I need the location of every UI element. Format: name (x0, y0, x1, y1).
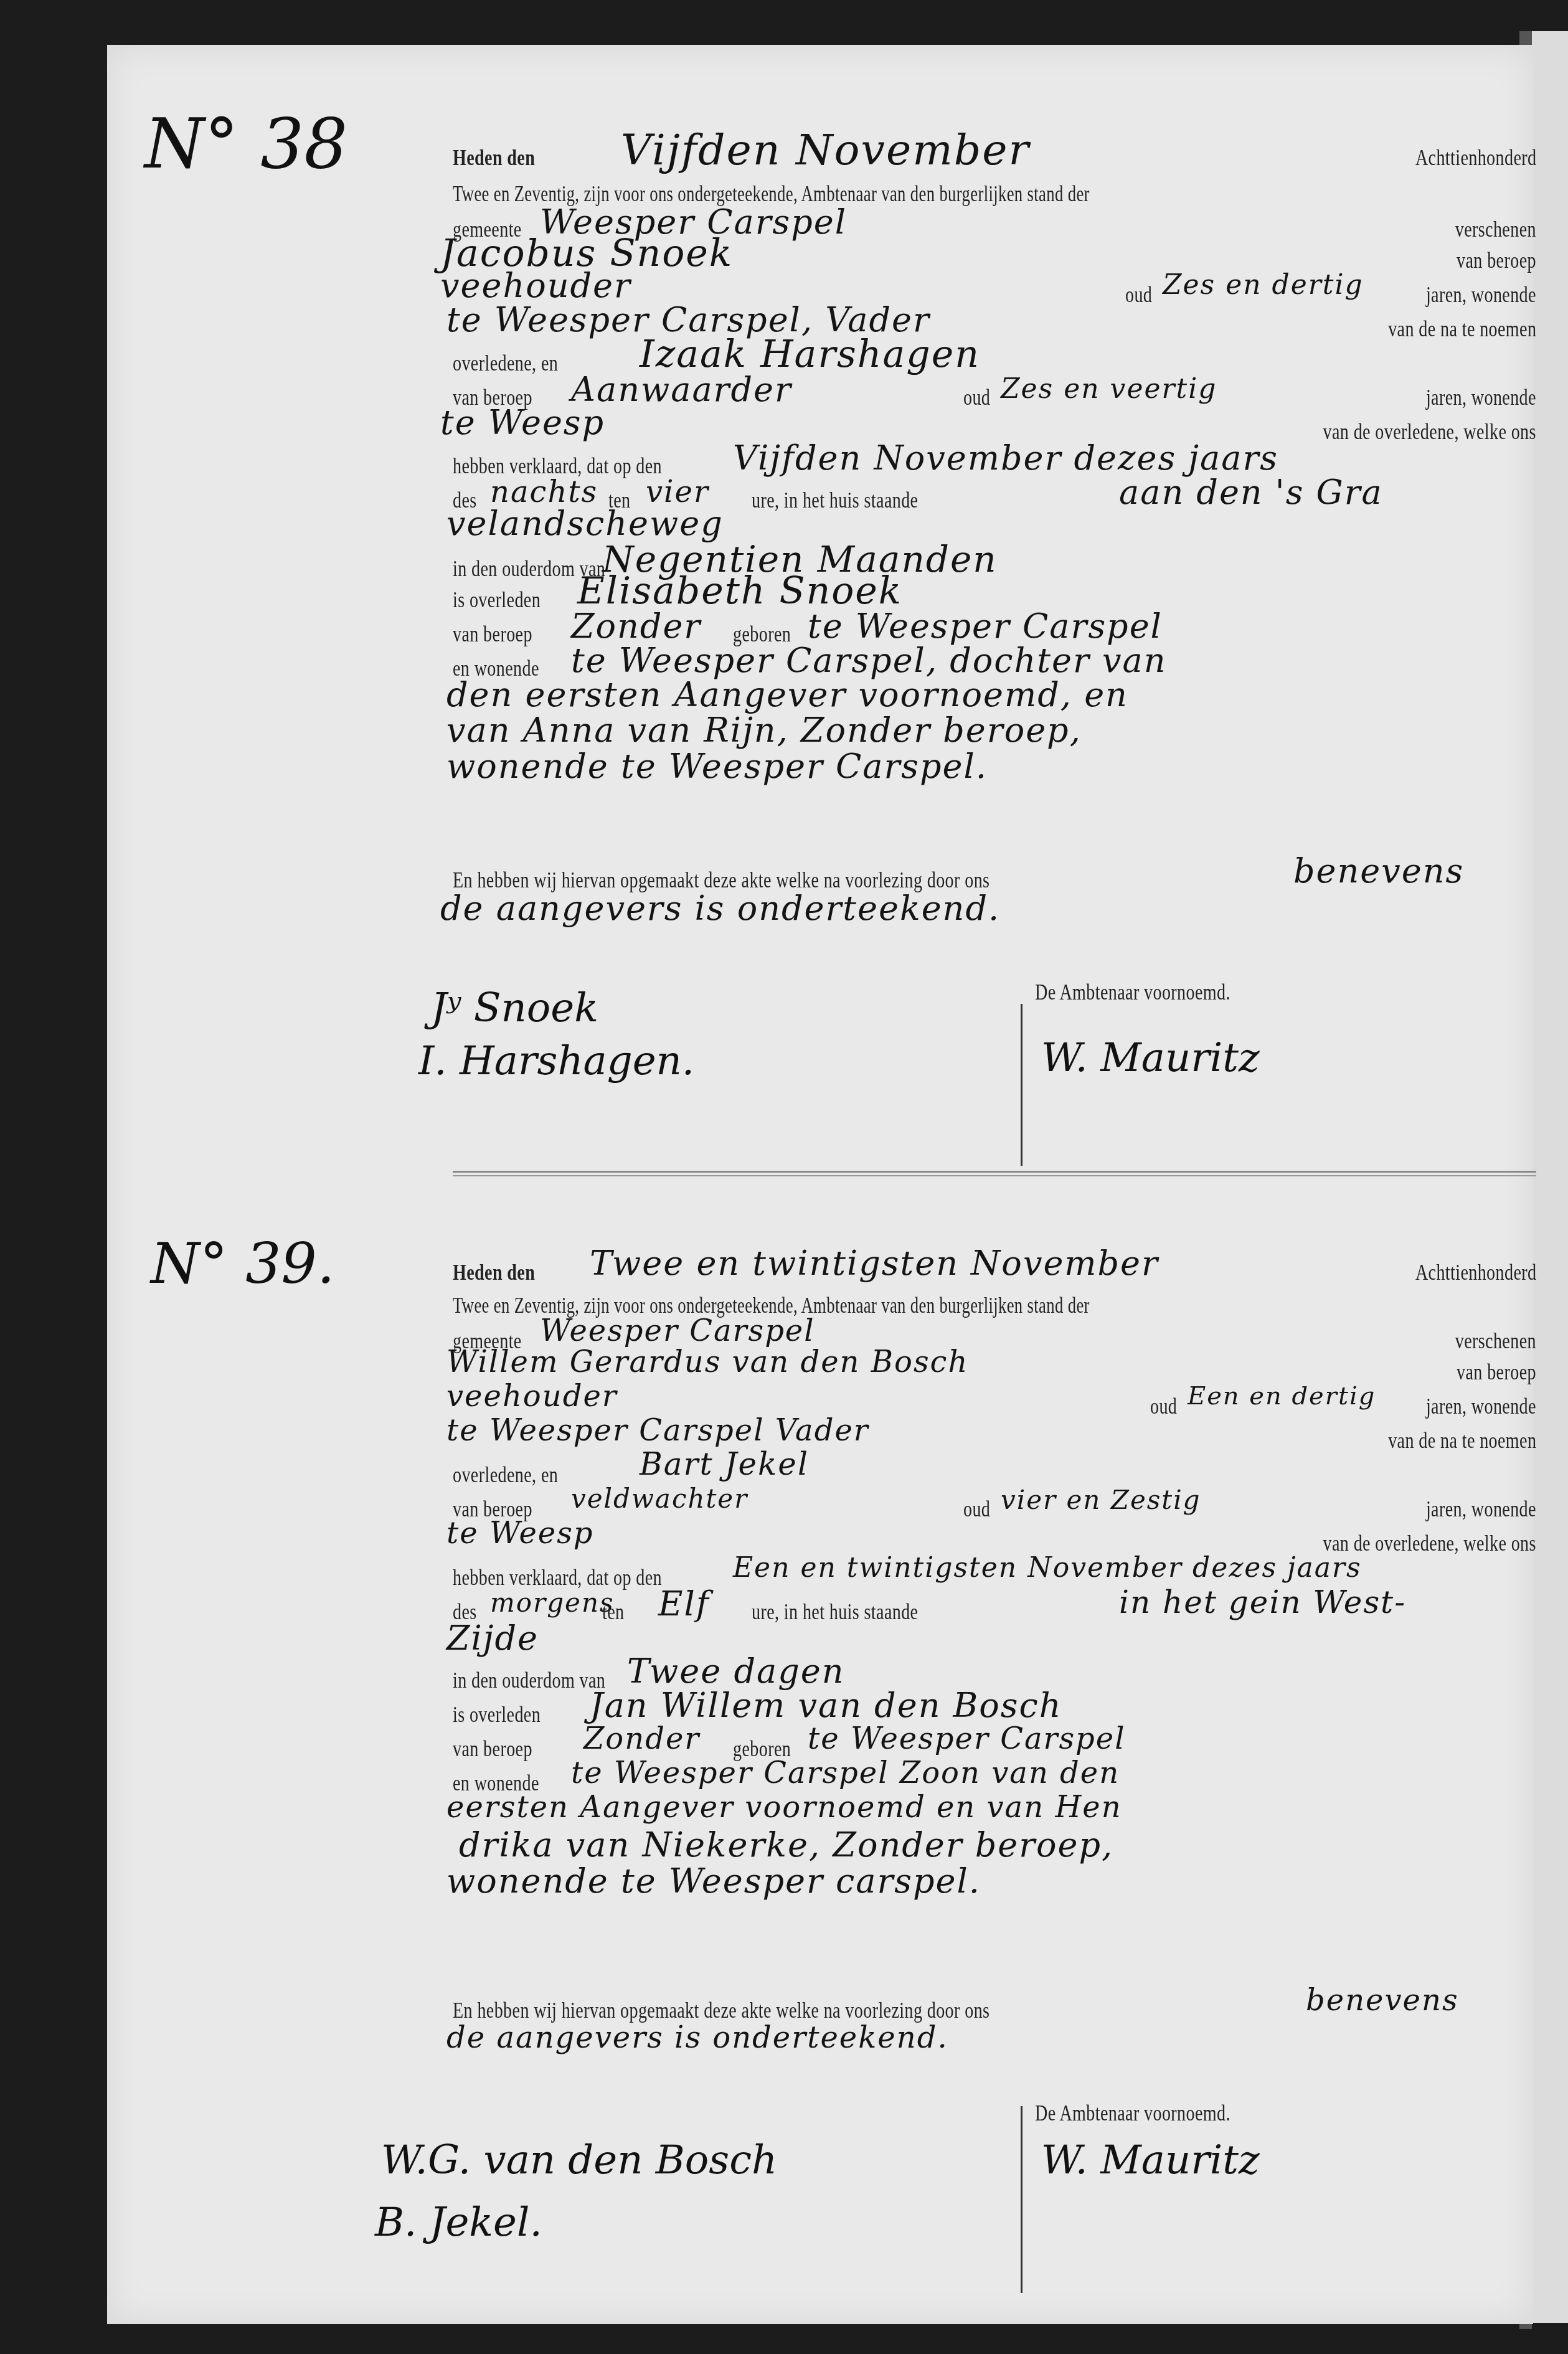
act-number: N° 38 (144, 104, 347, 184)
hw-birthplace: te Weesper Carspel (808, 1721, 1126, 1756)
hw-closing: benevens (1306, 1983, 1459, 2018)
hw-age-2: vier en Zestig (1001, 1485, 1201, 1515)
printed-closing: En hebben wij hiervan opgemaakt deze akt… (453, 1997, 989, 2023)
hw-location-cont: velandscheweg (446, 504, 724, 543)
signature-declarant-2: I. Harshagen. (418, 1038, 694, 1084)
signature-declarant-1: Jʸ Snoek (431, 985, 598, 1031)
signature-official: W. Mauritz (1041, 2137, 1260, 2183)
hw-date: Vijfden November (621, 126, 1030, 175)
hw-parentage: eersten Aangever voornoemd en van Hen (446, 1790, 1122, 1825)
signature-declarant-2: B. Jekel. (375, 2200, 542, 2246)
act-number: N° 39. (151, 1231, 335, 1297)
hw-age-2: Zes en veertig (1001, 373, 1217, 405)
hw-closing: benevens (1293, 851, 1464, 891)
hw-closing-2: de aangevers is onderteekend. (446, 2020, 948, 2055)
printed-year: Achttienhonderd (1415, 144, 1536, 171)
hw-location: in het gein West- (1119, 1584, 1406, 1620)
register-page: N° 38 Heden den Vijfden November Achttie… (107, 45, 1533, 2324)
hw-deceased-occupation: Zonder (571, 607, 701, 646)
hw-age-deceased: Twee dagen (627, 1652, 844, 1691)
hw-deceased-residence: te Weesper Carspel, dochter van (571, 641, 1166, 680)
hw-mother: drika van Niekerke, Zonder beroep, (459, 1825, 1113, 1865)
hw-residence-2: te Weesp (446, 1516, 594, 1551)
hw-declarant-1: Willem Gerardus van den Bosch (446, 1345, 968, 1379)
signature-divider (1021, 1004, 1023, 1166)
signature-divider (1021, 2106, 1023, 2293)
signature-official: W. Mauritz (1041, 1035, 1260, 1081)
act-separator (453, 1171, 1536, 1176)
hw-residence-2: te Weesp (440, 403, 605, 442)
official-label: De Ambtenaar voornoemd. (1035, 979, 1230, 1005)
hw-birthplace: te Weesper Carspel (808, 607, 1163, 646)
adjacent-page-edge (1532, 31, 1568, 2323)
hw-death-date: Een en twintigsten November dezes jaars (733, 1552, 1362, 1584)
hw-location-cont: Zijde (446, 1619, 539, 1658)
signature-declarant-1: W.G. van den Bosch (381, 2137, 777, 2183)
hw-death-date: Vijfden November dezes jaars (733, 438, 1278, 478)
hw-age-1: Een en dertig (1188, 1382, 1376, 1411)
hw-municipality: Weesper Carspel (540, 1313, 815, 1348)
hw-deceased-residence: te Weesper Carspel Zoon van den (571, 1756, 1120, 1790)
official-label: De Ambtenaar voornoemd. (1035, 2100, 1230, 2126)
hw-residence-1: te Weesper Carspel Vader (446, 1413, 869, 1448)
hw-mother-residence: wonende te Weesper carspel. (446, 1861, 981, 1901)
hw-occupation-1: veehouder (446, 1379, 618, 1414)
hw-date: Twee en twintigsten November (590, 1244, 1159, 1283)
hw-deceased-occupation: Zonder (583, 1721, 700, 1756)
hw-closing-2: de aangevers is onderteekend. (440, 889, 1000, 928)
printed-heden: Heden den (453, 144, 535, 171)
hw-parentage: den eersten Aangever voornoemd, en (446, 675, 1128, 714)
hw-mother-residence: wonende te Weesper Carspel. (446, 747, 988, 786)
hw-time-of-day: morgens (490, 1587, 615, 1618)
hw-occupation-1: veehouder (440, 266, 631, 305)
hw-mother: van Anna van Rijn, Zonder beroep, (446, 711, 1082, 750)
hw-age-1: Zes en dertig (1163, 269, 1364, 301)
hw-deceased-name: Jan Willem van den Bosch (590, 1686, 1062, 1725)
hw-occupation-2: veldwachter (571, 1483, 748, 1514)
hw-hour: Elf (658, 1584, 710, 1624)
hw-declarant-2: Bart Jekel (640, 1446, 809, 1482)
